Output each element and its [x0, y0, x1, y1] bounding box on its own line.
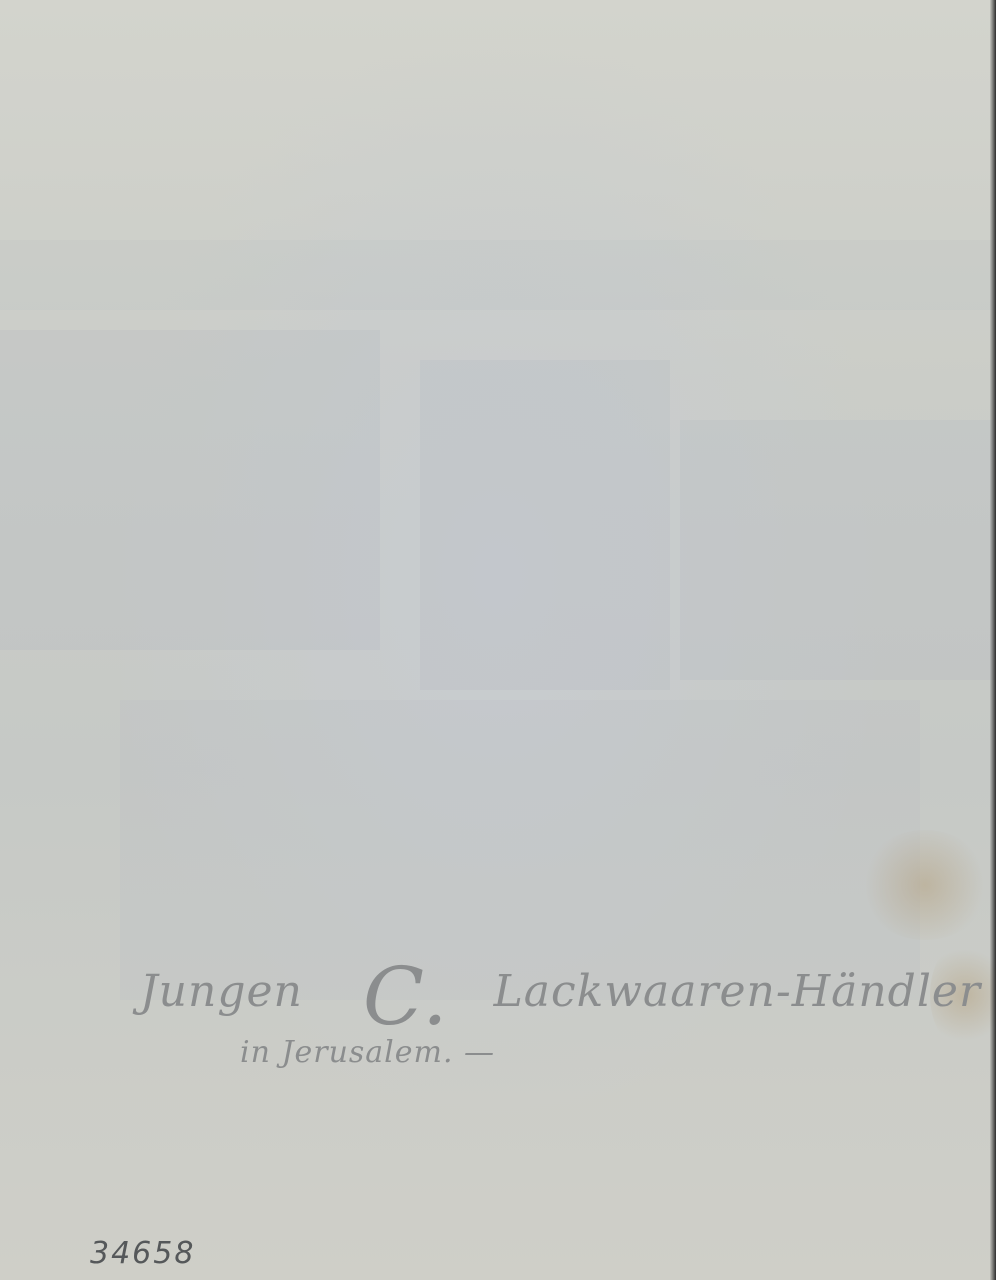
- photo-verso-sheet: Jungen C. Lackwaaren-Händler in Jerusale…: [0, 0, 996, 1280]
- foxing-stain: [860, 830, 990, 940]
- show-through-building-right: [680, 420, 996, 680]
- show-through-doorway: [420, 360, 670, 690]
- inventory-number: 34658: [90, 1236, 195, 1271]
- annotation-word: Jungen: [140, 966, 303, 1017]
- show-through-building-left: [0, 330, 380, 650]
- annotation-line-2: in Jerusalem. —: [240, 1035, 495, 1070]
- show-through-roof: [0, 240, 996, 310]
- annotation-word: Lackwaaren-Händler: [494, 966, 981, 1017]
- sheet-edge: [990, 0, 996, 1280]
- annotation-word: C.: [363, 950, 449, 1043]
- annotation-line-1: Jungen C. Lackwaaren-Händler: [140, 950, 981, 1043]
